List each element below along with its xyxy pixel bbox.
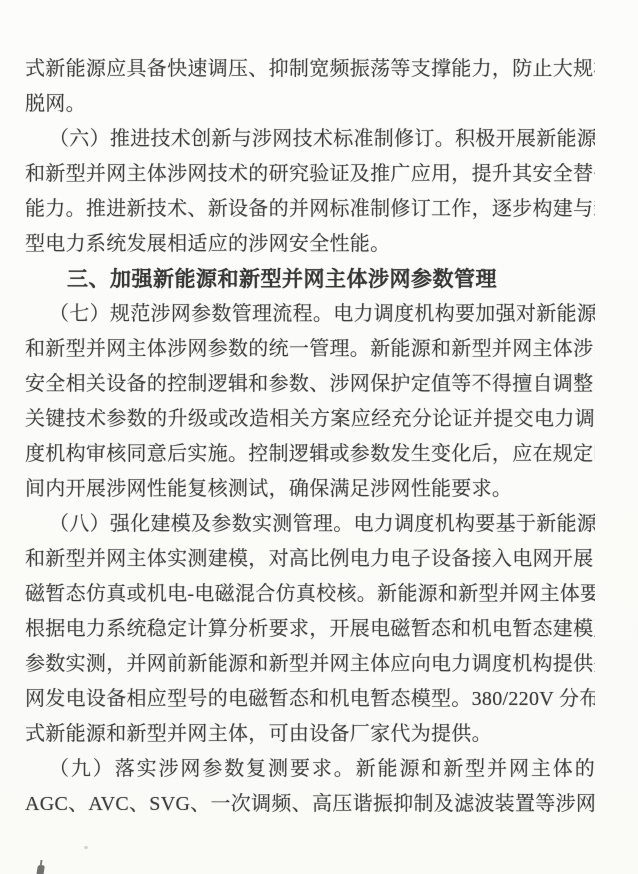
body-line: 式新能源和新型并网主体，可由设备厂家代为提供。 (25, 717, 595, 752)
body-line: 网发电设备相应型号的电磁暂态和机电暂态模型。380/220V 分布 (25, 682, 595, 717)
paragraph-start-line: （七）规范涉网参数管理流程。电力调度机构要加强对新能源 (25, 297, 595, 332)
scan-artifact-mark (36, 865, 45, 874)
body-line: 磁暂态仿真或机电-电磁混合仿真校核。新能源和新型并网主体要 (25, 577, 595, 612)
body-line: 参数实测，并网前新能源和新型并网主体应向电力调度机构提供并 (25, 647, 595, 682)
body-line: 型电力系统发展相适应的涉网安全性能。 (25, 227, 595, 262)
document-text-block: 式新能源应具备快速调压、抑制宽频振荡等支撑能力，防止大规模 脱网。 （六）推进技… (25, 52, 595, 822)
body-line: 度机构审核同意后实施。控制逻辑或参数发生变化后，应在规定时 (25, 437, 595, 472)
body-line: 能力。推进新技术、新设备的并网标准制修订工作，逐步构建与新 (25, 192, 595, 227)
scanned-page: 式新能源应具备快速调压、抑制宽频振荡等支撑能力，防止大规模 脱网。 （六）推进技… (0, 0, 638, 874)
body-line: 关键技术参数的升级或改造相关方案应经充分论证并提交电力调 (25, 402, 595, 437)
scan-noise-dot (84, 846, 88, 849)
body-line: 式新能源应具备快速调压、抑制宽频振荡等支撑能力，防止大规模 (25, 52, 595, 87)
section-heading: 三、加强新能源和新型并网主体涉网参数管理 (25, 262, 595, 297)
body-line: 根据电力系统稳定计算分析要求，开展电磁暂态和机电暂态建模及 (25, 612, 595, 647)
body-line: 间内开展涉网性能复核测试，确保满足涉网性能要求。 (25, 472, 595, 507)
body-line: 和新型并网主体实测建模，对高比例电力电子设备接入电网开展电 (25, 542, 595, 577)
body-line: 和新型并网主体涉网技术的研究验证及推广应用，提升其安全替代 (25, 157, 595, 192)
body-line: AGC、AVC、SVG、一次调频、高压谐振抑制及滤波装置等涉网 (25, 787, 595, 822)
body-line: 脱网。 (25, 87, 595, 122)
body-line: 和新型并网主体涉网参数的统一管理。新能源和新型并网主体涉网 (25, 332, 595, 367)
paragraph-start-line: （八）强化建模及参数实测管理。电力调度机构要基于新能源 (25, 507, 595, 542)
body-line: 安全相关设备的控制逻辑和参数、涉网保护定值等不得擅自调整， (25, 367, 595, 402)
paragraph-start-line: （九）落实涉网参数复测要求。新能源和新型并网主体的 (25, 752, 595, 787)
paragraph-start-line: （六）推进技术创新与涉网技术标准制修订。积极开展新能源 (25, 122, 595, 157)
